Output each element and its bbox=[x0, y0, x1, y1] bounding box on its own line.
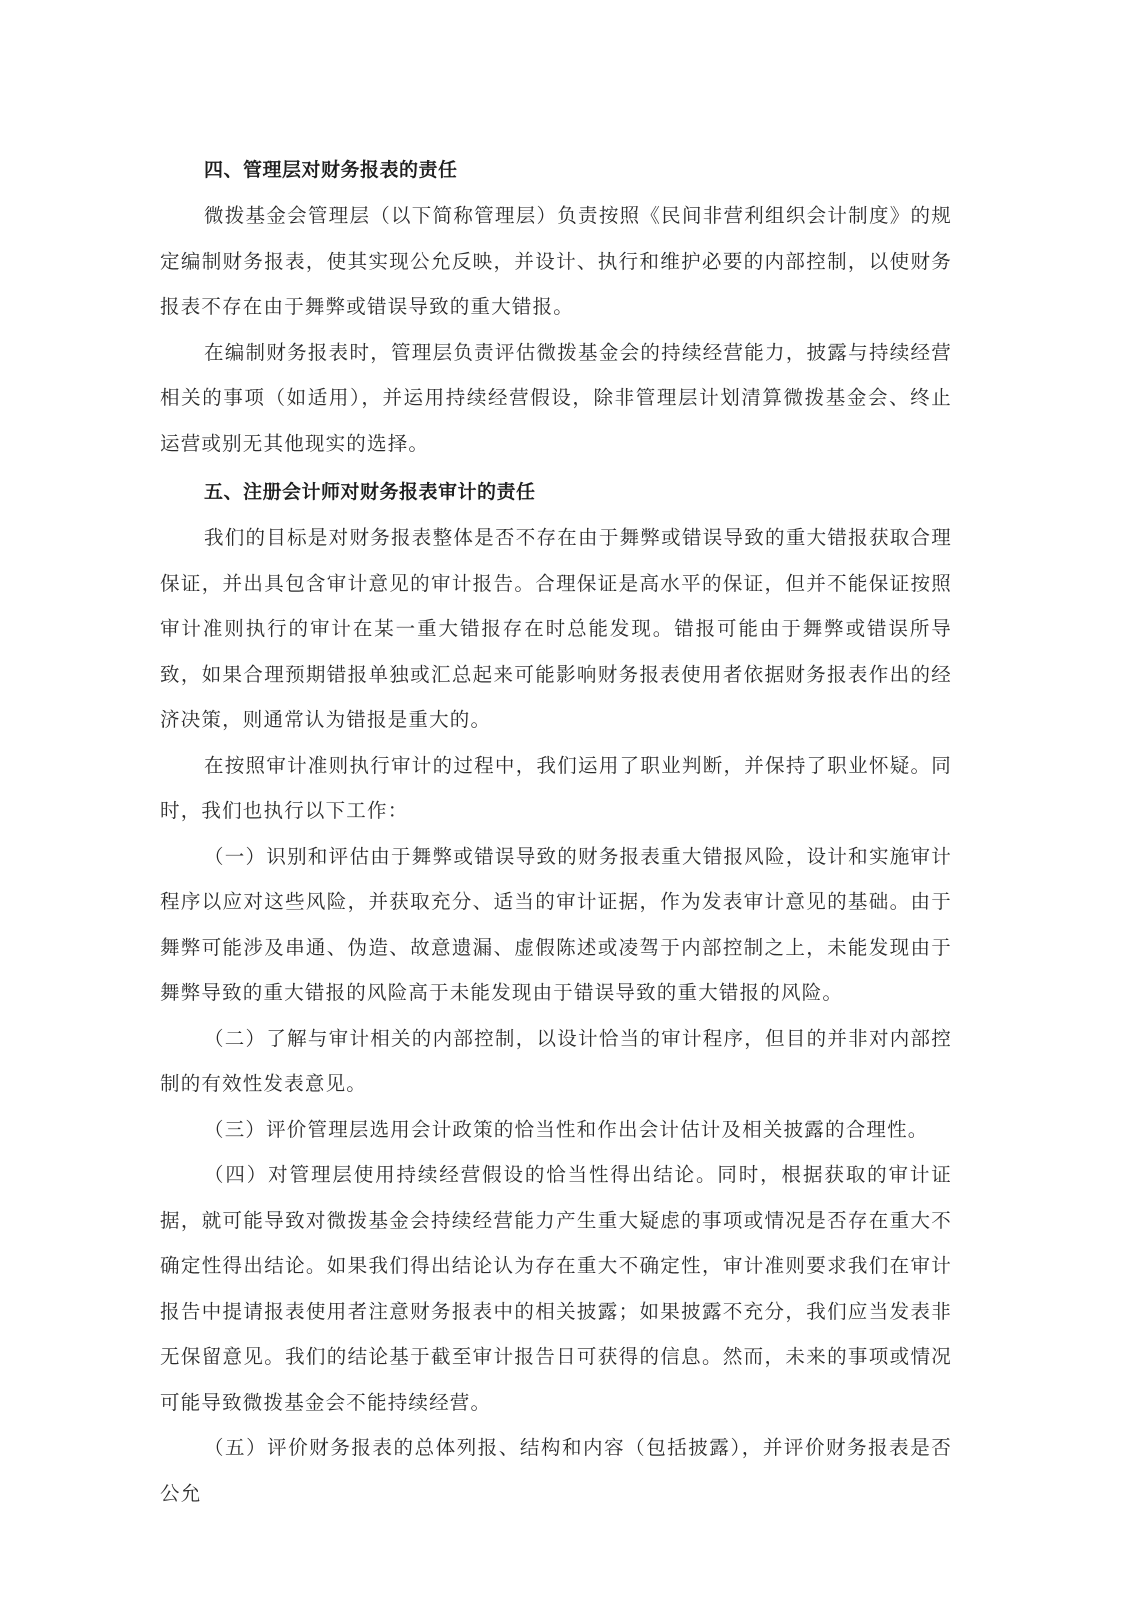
section-heading: 四、管理层对财务报表的责任 bbox=[160, 148, 952, 193]
section-auditor-responsibility: 五、注册会计师对财务报表审计的责任 我们的目标是对财务报表整体是否不存在由于舞弊… bbox=[160, 470, 952, 1516]
paragraph: 微拨基金会管理层（以下简称管理层）负责按照《民间非营利组织会计制度》的规定编制财… bbox=[160, 193, 952, 330]
list-item: （一）识别和评估由于舞弊或错误导致的财务报表重大错报风险，设计和实施审计程序以应… bbox=[160, 834, 952, 1016]
paragraph: 我们的目标是对财务报表整体是否不存在由于舞弊或错误导致的重大错报获取合理保证，并… bbox=[160, 515, 952, 743]
document-page: 四、管理层对财务报表的责任 微拨基金会管理层（以下简称管理层）负责按照《民间非营… bbox=[160, 148, 952, 1516]
list-item: （三）评价管理层选用会计政策的恰当性和作出会计估计及相关披露的合理性。 bbox=[160, 1107, 952, 1153]
paragraph: 在按照审计准则执行审计的过程中，我们运用了职业判断，并保持了职业怀疑。同时，我们… bbox=[160, 743, 952, 834]
list-item: （二）了解与审计相关的内部控制，以设计恰当的审计程序，但目的并非对内部控制的有效… bbox=[160, 1016, 952, 1107]
list-item: （四）对管理层使用持续经营假设的恰当性得出结论。同时，根据获取的审计证据，就可能… bbox=[160, 1152, 952, 1425]
list-item: （五）评价财务报表的总体列报、结构和内容（包括披露），并评价财务报表是否公允 bbox=[160, 1425, 952, 1516]
section-heading: 五、注册会计师对财务报表审计的责任 bbox=[160, 470, 952, 515]
section-management-responsibility: 四、管理层对财务报表的责任 微拨基金会管理层（以下简称管理层）负责按照《民间非营… bbox=[160, 148, 952, 466]
paragraph: 在编制财务报表时，管理层负责评估微拨基金会的持续经营能力，披露与持续经营相关的事… bbox=[160, 330, 952, 467]
